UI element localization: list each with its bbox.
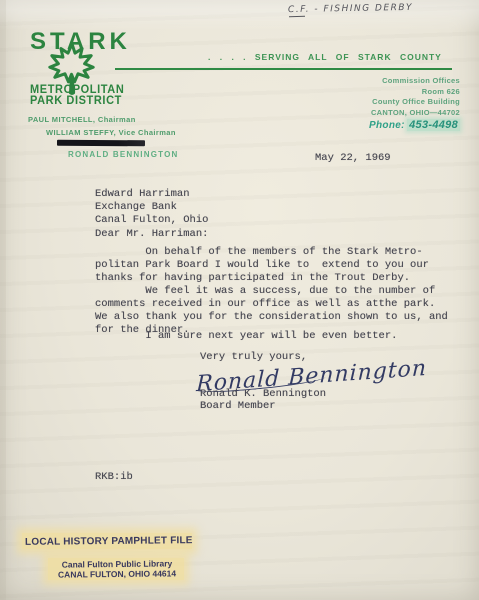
phone-number: 453-4498 (407, 119, 460, 131)
office-address-block: Commission Offices Room 626 County Offic… (310, 76, 460, 132)
officer-vice-chairman: WILLIAM STEFFY, Vice Chairman (46, 128, 176, 137)
redaction-bar (57, 140, 145, 147)
typist-reference: RKB:ib (95, 471, 133, 484)
office-line2: Room 626 (310, 87, 460, 98)
office-line4: CANTON, OHIO—44702 (310, 108, 460, 119)
body-paragraph-1: On behalf of the members of the Stark Me… (95, 246, 429, 285)
phone-line: Phone: 453-4498 (310, 120, 460, 132)
salutation: Dear Mr. Harriman: (95, 228, 208, 241)
closing: Very truly yours, (200, 351, 307, 364)
handwritten-annotation: C.F. - FISHING DERBY (288, 3, 413, 15)
board-member-name: RONALD BENNINGTON (68, 150, 178, 159)
tagline-rule (115, 68, 452, 70)
recipient-address: Edward Harriman Exchange Bank Canal Fult… (95, 188, 208, 227)
tagline: . . . . SERVING ALL OF STARK COUNTY (208, 52, 442, 62)
org-logo-wordmark: STARK (30, 28, 131, 56)
signer-title: Board Member (200, 400, 276, 413)
annotation-underline (289, 16, 305, 18)
office-line1: Commission Offices (310, 76, 460, 87)
scanned-letter-page: C.F. - FISHING DERBY STARK METROPOLITAN … (0, 0, 479, 600)
letter-date: May 22, 1969 (315, 152, 391, 165)
library-stamp-city: CANAL FULTON, OHIO 44614 (48, 568, 186, 579)
office-line3: County Office Building (310, 97, 460, 108)
officer-chairman: PAUL MITCHELL, Chairman (28, 115, 136, 124)
file-stamp: LOCAL HISTORY PAMPHLET FILE (25, 535, 193, 548)
library-stamp: Canal Fulton Public Library CANAL FULTON… (48, 558, 186, 579)
phone-label: Phone: (369, 120, 405, 131)
body-paragraph-3: I am sure next year will be even better. (95, 330, 397, 343)
